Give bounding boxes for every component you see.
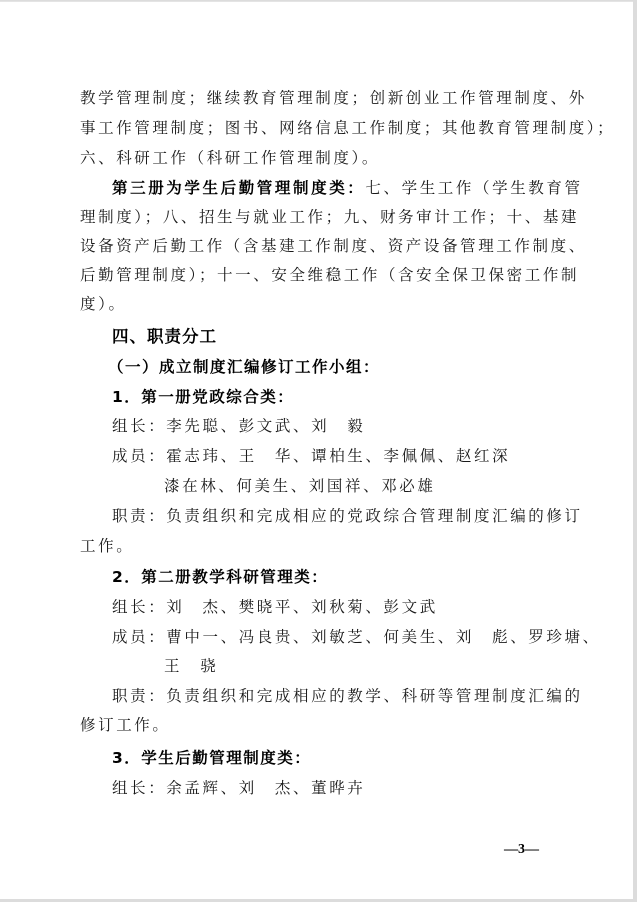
paragraph-line: 度）。 [80, 289, 556, 319]
group-duty-cont: 修订工作。 [80, 710, 556, 740]
volume3-label: 第三册为学生后勤管理制度类： [112, 173, 365, 203]
group-members: 成员：霍志玮、王 华、谭柏生、李佩佩、赵红深 [112, 441, 556, 471]
paragraph-line: 设备资产后勤工作（含基建工作制度、资产设备管理工作制度、 [80, 231, 556, 261]
subsection-heading: （一）成立制度汇编修订工作小组： [108, 352, 552, 382]
group-leaders: 组长：余孟辉、刘 杰、董晔卉 [112, 773, 556, 803]
group-members: 成员：曹中一、冯良贵、刘敏芝、何美生、刘 彪、罗珍塘、 [112, 622, 556, 652]
group-members-cont: 王 骁 [164, 651, 556, 681]
volume3-text: 七、学生工作（学生教育管 [365, 173, 582, 203]
group-title: 3．学生后勤管理制度类： [112, 743, 556, 773]
group-duty: 职责：负责组织和完成相应的党政综合管理制度汇编的修订 [112, 501, 556, 531]
group-title: 2．第二册教学科研管理类： [112, 562, 556, 592]
document-page: 教学管理制度；继续教育管理制度；创新创业工作管理制度、外 事工作管理制度；图书、… [0, 1, 633, 899]
group-leaders: 组长：刘 杰、樊晓平、刘秋菊、彭文武 [112, 592, 556, 622]
section-heading: 四、职责分工 [112, 322, 556, 352]
page-number: —3— [504, 842, 539, 858]
paragraph-line: 理制度）；八、招生与就业工作；九、财务审计工作；十、基建 [80, 202, 556, 232]
paragraph-line: 后勤管理制度）；十一、安全维稳工作（含安全保卫保密工作制 [80, 260, 556, 290]
group-title: 1．第一册党政综合类： [112, 382, 556, 412]
group-leaders: 组长：李先聪、彭文武、刘 毅 [112, 411, 556, 441]
group-members-cont: 漆在林、何美生、刘国祥、邓必雄 [164, 471, 556, 501]
paragraph-line: 事工作管理制度；图书、网络信息工作制度；其他教育管理制度）； [80, 113, 556, 143]
paragraph-line: 六、科研工作（科研工作管理制度）。 [80, 143, 556, 173]
paragraph-line: 教学管理制度；继续教育管理制度；创新创业工作管理制度、外 [80, 83, 556, 113]
group-duty-cont: 工作。 [80, 531, 556, 561]
volume3-first-line: 第三册为学生后勤管理制度类： 七、学生工作（学生教育管 [112, 173, 556, 203]
group-duty: 职责：负责组织和完成相应的教学、科研等管理制度汇编的 [112, 681, 556, 711]
